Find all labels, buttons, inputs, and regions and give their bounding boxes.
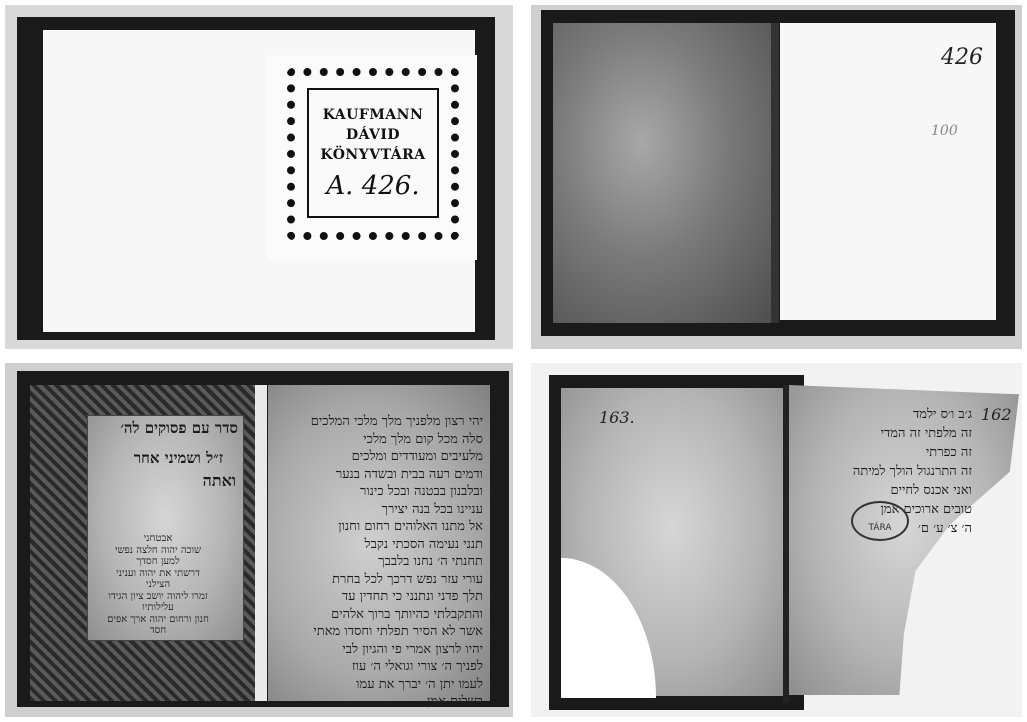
spine-gutter [783,385,789,703]
shelfmark: A. 426. [326,171,419,201]
photo-front-cover-exlibris: KAUFMANN DÁVID KÖNYVTÁRA A. 426. [5,5,513,349]
label-line-1: KAUFMANN [323,105,424,125]
folio-163: 163. [599,408,635,427]
folio-162: 162 [981,405,1012,424]
label-line-3: KÖNYVTÁRA [320,145,425,165]
label-line-2: DÁVID [346,125,400,145]
photo-title-and-text-page: סדר עם פסוקים לה׳ ז״ל ושמיני אחר ואתה אב… [5,363,513,717]
exlibris-label: KAUFMANN DÁVID KÖNYVTÁRA A. 426. [287,68,459,240]
spine-gutter [771,23,779,323]
title-word: ואתה [203,471,236,491]
title-page-lines: אבטחני שוכה יהוה חלצה נפשי למען חסדך דרש… [83,533,233,637]
label-text-box: KAUFMANN DÁVID KÖNYVTÁRA A. 426. [307,88,439,218]
annotation-100: 100 [931,123,958,139]
stamp-text: TÁRA [868,523,891,533]
title-heading: סדר עם פסוקים לה׳ [120,419,238,438]
library-stamp: TÁRA [851,501,909,541]
spine-gutter [255,385,267,701]
annotation-426: 426 [941,45,983,70]
title-subheading: ז״ל ושמיני אחר [134,449,223,468]
stained-pastedown [553,23,775,323]
photo-pastedown-flyleaf: 426 100 [531,5,1022,349]
photo-damaged-final-leaves: 163. 162 ג׳ב ו׳ס ילמד זה מלפתי זה המדי ז… [531,363,1022,717]
text-page-lines: יהי רצון מלפניך מלך מלכי המלכים סלה מכל … [273,413,483,711]
